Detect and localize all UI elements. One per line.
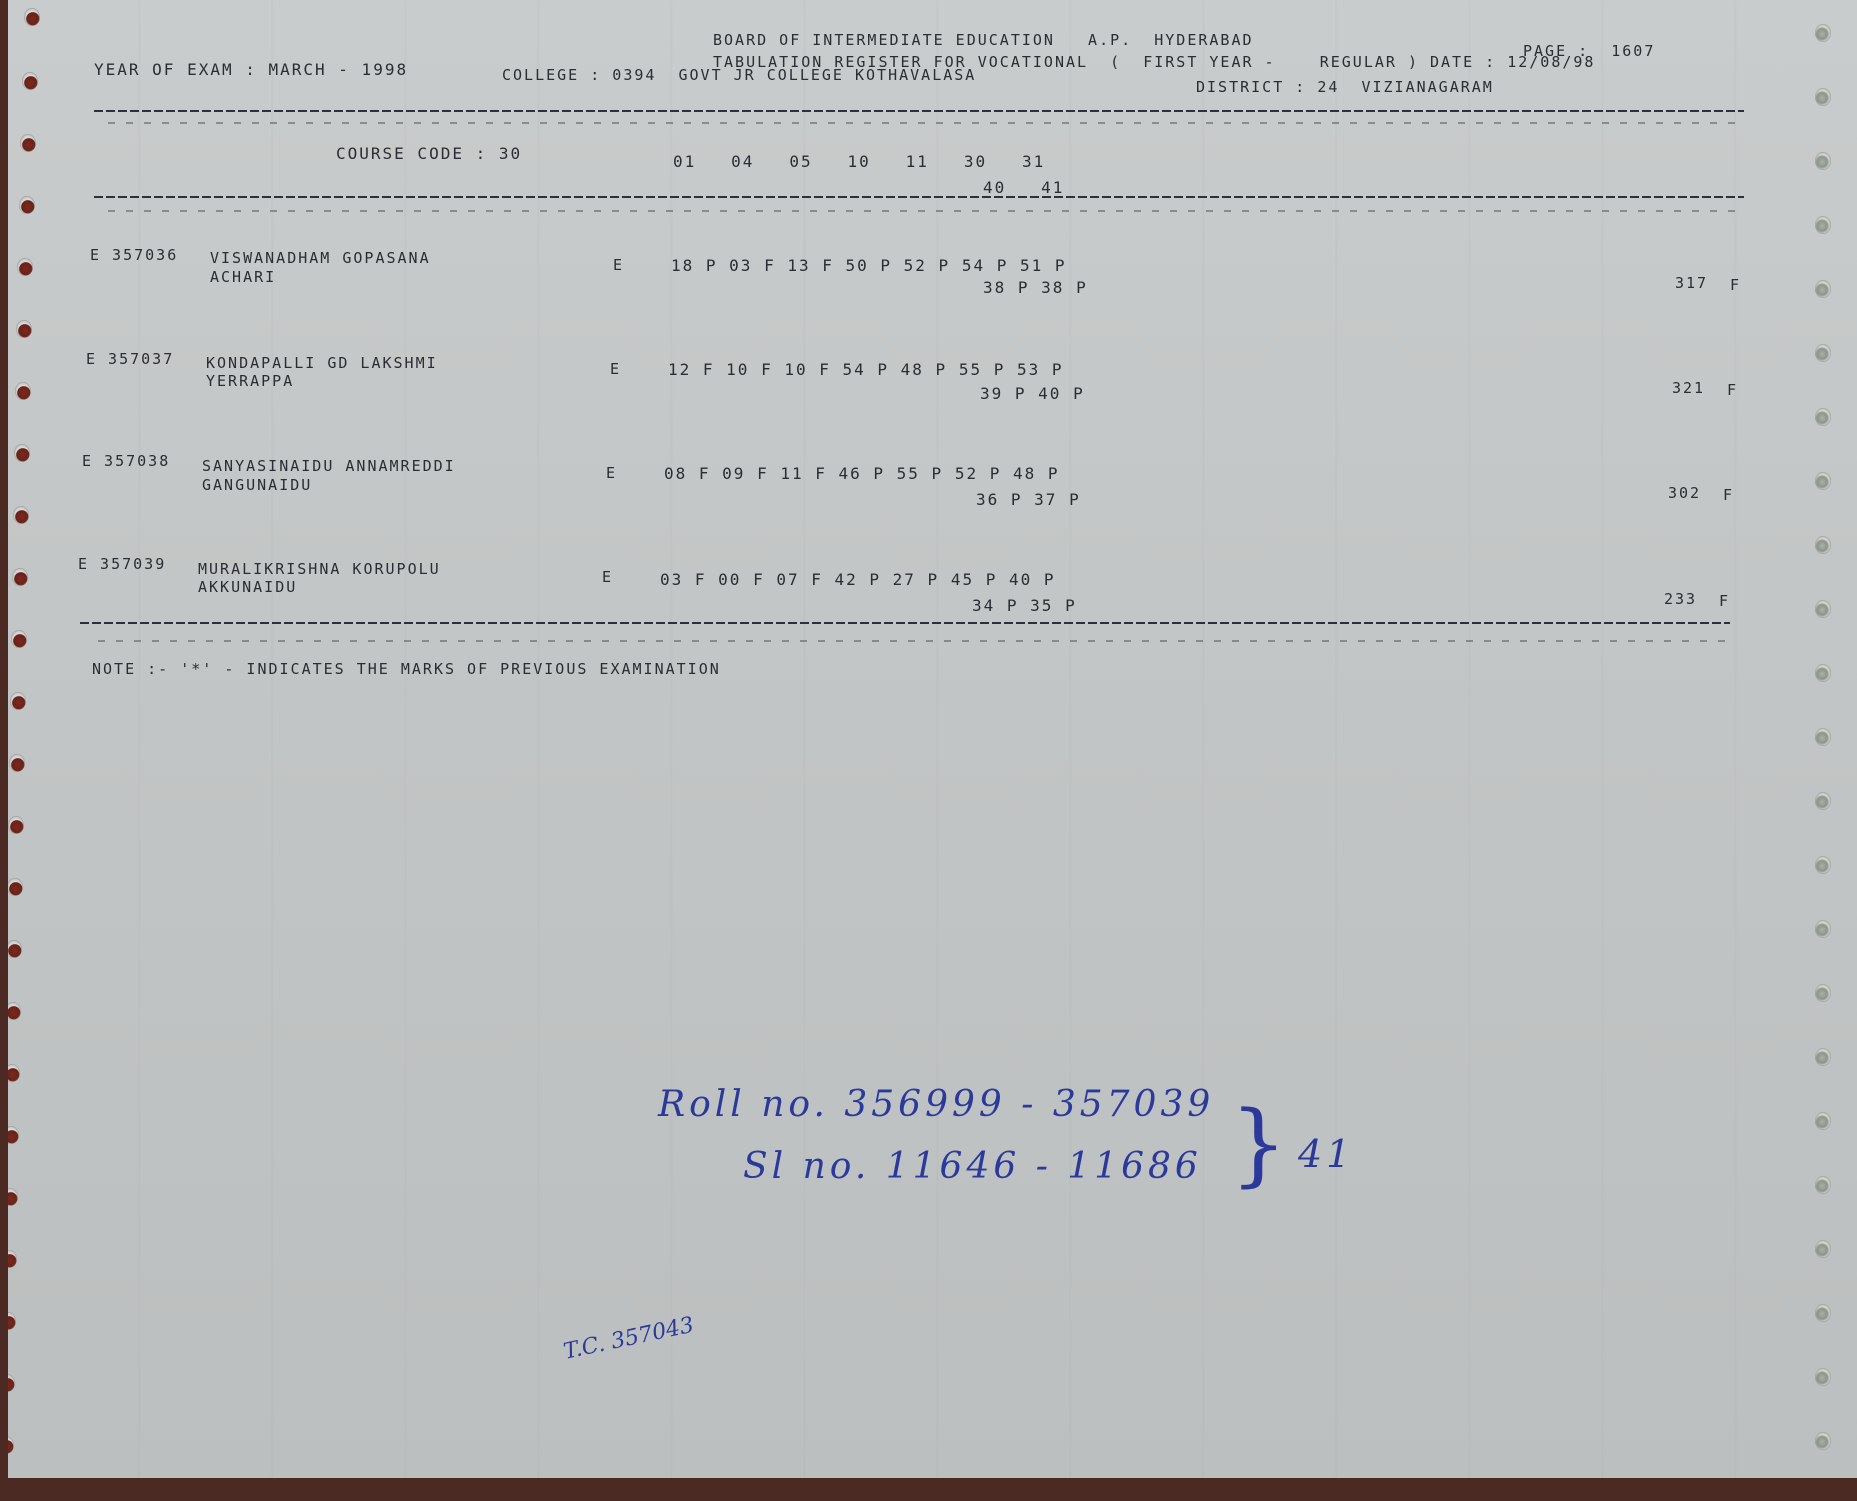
feed-hole-icon (12, 568, 28, 586)
feed-hole-icon (8, 1064, 20, 1082)
feed-hole-icon (1815, 152, 1831, 170)
subject-codes-row2: 40 41 (983, 180, 1064, 196)
marks-row2: 38 P 38 P (983, 280, 1088, 296)
feed-hole-icon (11, 630, 27, 648)
feed-hole-icon (10, 692, 26, 710)
feed-hole-icon (9, 754, 25, 772)
student-name: SANYASINAIDU ANNAMREDDI (202, 459, 456, 474)
feed-hole-icon (8, 1374, 15, 1392)
feed-hole-icon (19, 196, 35, 214)
feed-hole-icon (1815, 728, 1831, 746)
roll-number: E 357038 (82, 454, 170, 469)
feed-hole-icon (1815, 24, 1831, 42)
feed-hole-icon (1815, 1176, 1831, 1194)
feed-hole-icon (1815, 664, 1831, 682)
feed-hole-icon (22, 72, 38, 90)
tractor-feed-holes-left (20, 0, 50, 1478)
medium: E (613, 258, 624, 273)
total-marks: 302 (1668, 486, 1701, 501)
feed-hole-icon (8, 878, 23, 896)
feed-hole-icon (1815, 792, 1831, 810)
divider-line (80, 622, 1730, 624)
total-marks: 233 (1664, 592, 1697, 607)
medium: E (610, 362, 621, 377)
student-name-cont: GANGUNAIDU (202, 478, 312, 493)
marks-row2: 34 P 35 P (972, 598, 1077, 614)
feed-hole-icon (15, 382, 31, 400)
marks-row1: 03 F 00 F 07 F 42 P 27 P 45 P 40 P (660, 572, 1056, 588)
subject-codes-row1: 01 04 05 10 11 30 31 (673, 154, 1045, 170)
divider-line (94, 110, 1744, 112)
feed-hole-icon (1815, 216, 1831, 234)
student-name-cont: YERRAPPA (206, 374, 294, 389)
feed-hole-icon (1815, 1368, 1831, 1386)
feed-hole-icon (1815, 408, 1831, 426)
result-status: F (1723, 488, 1734, 503)
feed-hole-icon (1815, 984, 1831, 1002)
feed-hole-icon (1815, 88, 1831, 106)
year-of-exam: YEAR OF EXAM : MARCH - 1998 (94, 62, 408, 78)
result-status: F (1719, 594, 1730, 609)
feed-hole-icon (1815, 1304, 1831, 1322)
feed-hole-icon (1815, 600, 1831, 618)
student-name: KONDAPALLI GD LAKSHMI (206, 356, 438, 371)
tractor-feed-holes-right (1815, 0, 1845, 1478)
marks-row2: 39 P 40 P (980, 386, 1085, 402)
feed-hole-icon (8, 816, 24, 834)
marks-row2: 36 P 37 P (976, 492, 1081, 508)
feed-hole-icon (8, 1126, 19, 1144)
feed-hole-icon (8, 1002, 21, 1020)
total-marks: 321 (1672, 381, 1705, 396)
divider-line-faint (108, 122, 1738, 124)
feed-hole-icon (1815, 1048, 1831, 1066)
feed-hole-icon (8, 1250, 17, 1268)
tabulation-register-page: YEAR OF EXAM : MARCH - 1998 BOARD OF INT… (8, 0, 1857, 1478)
handwritten-roll-range: Roll no. 356999 - 357039 (658, 1084, 1214, 1125)
feed-hole-icon (1815, 1112, 1831, 1130)
feed-hole-icon (8, 1188, 18, 1206)
roll-number: E 357037 (86, 352, 174, 367)
marks-row1: 08 F 09 F 11 F 46 P 55 P 52 P 48 P (664, 466, 1060, 482)
feed-hole-icon (20, 134, 36, 152)
feed-hole-icon (1815, 344, 1831, 362)
divider-line (94, 196, 1744, 198)
medium: E (606, 466, 617, 481)
handwritten-tc-note: T.C. 357043 (561, 1313, 696, 1365)
divider-line-faint (108, 210, 1738, 212)
result-status: F (1730, 278, 1741, 293)
college-info: COLLEGE : 0394 GOVT JR COLLEGE KOTHAVALA… (502, 68, 976, 83)
page-number: PAGE : 1607 (1523, 44, 1655, 59)
roll-number: E 357036 (90, 248, 178, 263)
feed-hole-icon (1815, 536, 1831, 554)
divider-line-faint (98, 640, 1728, 642)
feed-hole-icon (8, 1436, 14, 1454)
feed-hole-icon (16, 320, 32, 338)
feed-hole-icon (1815, 280, 1831, 298)
roll-number: E 357039 (78, 557, 166, 572)
handwritten-sl-range: Sl no. 11646 - 11686 (743, 1146, 1202, 1187)
board-title: BOARD OF INTERMEDIATE EDUCATION A.P. HYD… (713, 33, 1254, 48)
feed-hole-icon (8, 940, 22, 958)
feed-hole-icon (14, 444, 30, 462)
student-name-cont: ACHARI (210, 270, 276, 285)
feed-hole-icon (8, 1312, 16, 1330)
feed-hole-icon (1815, 1240, 1831, 1258)
result-status: F (1727, 383, 1738, 398)
footnote: NOTE :- '*' - INDICATES THE MARKS OF PRE… (92, 662, 721, 677)
student-name: MURALIKRISHNA KORUPOLU (198, 562, 441, 577)
student-name-cont: AKKUNAIDU (198, 580, 297, 595)
feed-hole-icon (1815, 1432, 1831, 1450)
brace-icon: } (1230, 1100, 1287, 1190)
feed-hole-icon (24, 8, 40, 26)
feed-hole-icon (13, 506, 29, 524)
marks-row1: 12 F 10 F 10 F 54 P 48 P 55 P 53 P (668, 362, 1064, 378)
medium: E (602, 570, 613, 585)
feed-hole-icon (1815, 856, 1831, 874)
district-info: DISTRICT : 24 VIZIANAGARAM (1196, 80, 1494, 95)
handwritten-count: 41 (1298, 1132, 1354, 1176)
student-name: VISWANADHAM GOPASANA (210, 251, 431, 266)
total-marks: 317 (1675, 276, 1708, 291)
feed-hole-icon (17, 258, 33, 276)
course-code: COURSE CODE : 30 (336, 146, 522, 162)
feed-hole-icon (1815, 920, 1831, 938)
marks-row1: 18 P 03 F 13 F 50 P 52 P 54 P 51 P (671, 258, 1067, 274)
feed-hole-icon (1815, 472, 1831, 490)
